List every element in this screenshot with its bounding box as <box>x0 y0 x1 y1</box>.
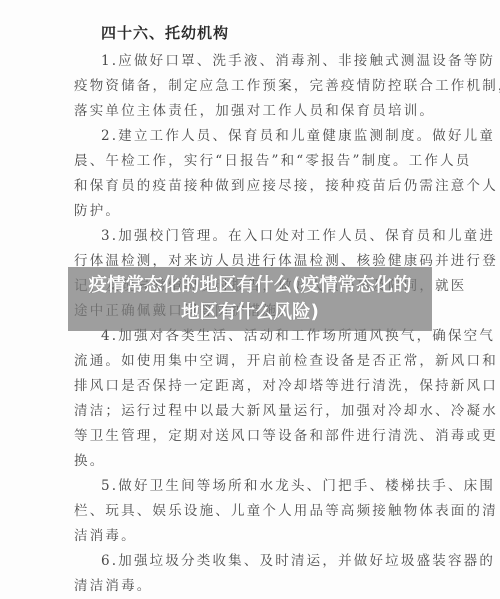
document-line: 5.做好卫生间等场所和水龙头、门把手、楼梯扶手、床围 <box>101 477 436 495</box>
section-heading: 四十六、托幼机构 <box>101 22 229 43</box>
document-line: 流通。如使用集中空调，开启前检查设备是否正常，新风口和 <box>74 352 436 370</box>
document-line: 1.应做好口罩、洗手液、消毒剂、非接触式测温设备等防 <box>101 52 436 70</box>
document-line: 栏、玩具、娱乐设施、儿童个人用品等高频接触物体表面的清 <box>74 502 436 520</box>
document-line: 排风口是否保持一定距离，对冷却塔等进行清洗，保持新风口 <box>74 377 436 395</box>
document-line: 和保育员的疫苗接种做到应接尽接，接种疫苗后仍需注意个人 <box>74 177 436 195</box>
document-line: 疫物资储备，制定应急工作预案，完善疫情防控联合工作机制， <box>74 77 436 95</box>
document-line: 防护。 <box>74 202 436 220</box>
article-title: 疫情常态化的地区有什么(疫情常态化的地区有什么风险) <box>80 272 420 326</box>
document-line: 晨、午检工作，实行“日报告”和“零报告”制度。工作人员 <box>74 152 436 170</box>
document-line: 换。 <box>74 452 436 470</box>
document-line: 等卫生管理，定期对送风口等设备和部件进行清洗、消毒或更 <box>74 427 436 445</box>
document-line: 清洁；运行过程中以最大新风量运行，加强对冷却水、冷凝水 <box>74 402 436 420</box>
document-line: 2.建立工作人员、保育员和儿童健康监测制度。做好儿童 <box>101 127 436 145</box>
document-line: 清洁消毒。 <box>74 577 436 595</box>
document-line: 洁消毒。 <box>74 527 436 545</box>
document-line: 3.加强校门管理。在入口处对工作人员、保育员和儿童进 <box>101 227 436 245</box>
article-title-banner: 疫情常态化的地区有什么(疫情常态化的地区有什么风险) <box>68 267 432 331</box>
document-line: 6.加强垃圾分类收集、及时清运，并做好垃圾盛装容器的 <box>101 552 436 570</box>
document-line: 落实单位主体责任，加强对工作人员和保育员培训。 <box>74 102 436 120</box>
